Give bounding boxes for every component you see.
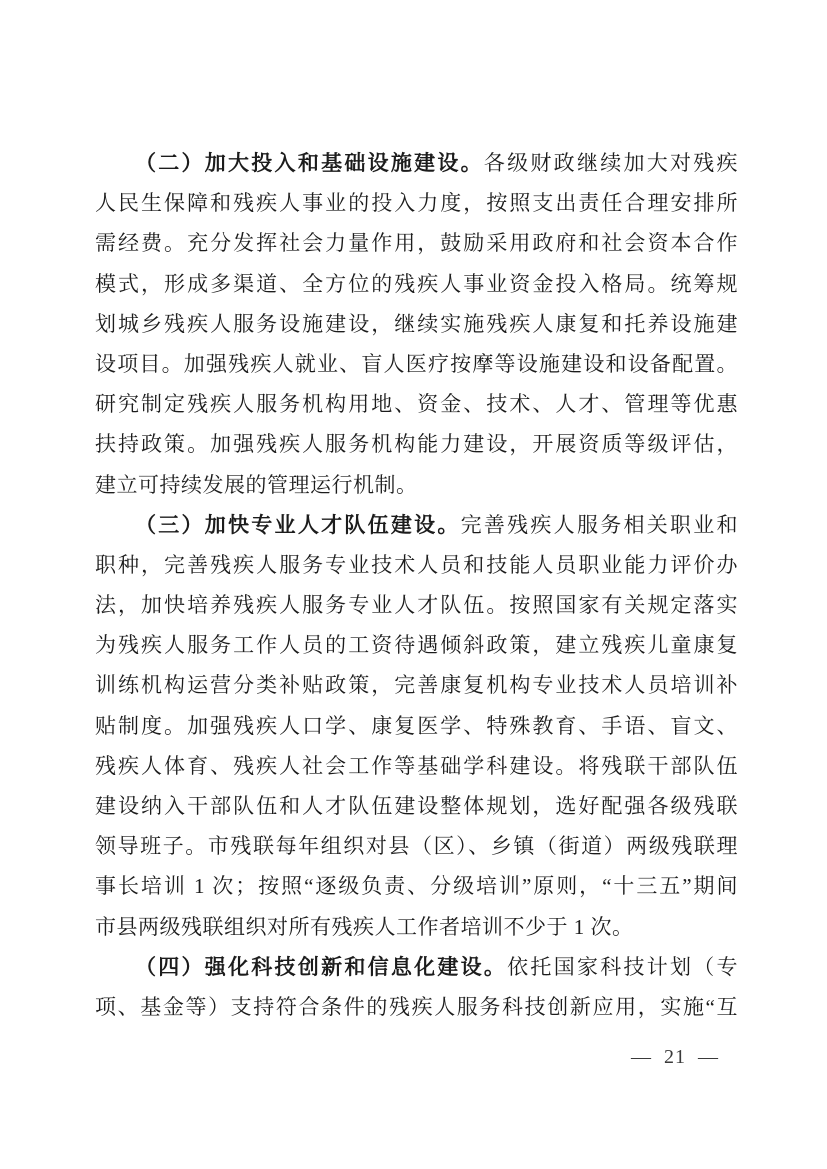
text-line: 建立可持续发展的管理运行机制。: [95, 465, 738, 505]
line-text: 依托国家科技计划（专: [507, 955, 738, 979]
document-page: （二）加大投入和基础设施建设。各级财政继续加大对残疾 人民生保障和残疾人事业的投…: [0, 0, 827, 1169]
text-line: 项、基金等）支持符合条件的残疾人服务科技创新应用，实施“互: [95, 987, 738, 1027]
line-text: 完善残疾人服务相关职业和: [461, 513, 738, 537]
paragraph-section-2: （二）加大投入和基础设施建设。各级财政继续加大对残疾 人民生保障和残疾人事业的投…: [95, 143, 738, 505]
text-line: 人民生保障和残疾人事业的投入力度，按照支出责任合理安排所: [95, 183, 738, 223]
text-line: 市县两级残联组织对所有残疾人工作者培训不少于 1 次。: [95, 907, 738, 947]
text-line: 模式，形成多渠道、全方位的残疾人事业资金投入格局。统筹规: [95, 264, 738, 304]
paragraph-section-3: （三）加快专业人才队伍建设。完善残疾人服务相关职业和 职种，完善残疾人服务专业技…: [95, 505, 738, 947]
text-line: 法，加快培养残疾人服务专业人才队伍。按照国家有关规定落实: [95, 585, 738, 625]
text-line: 职种，完善残疾人服务专业技术人员和技能人员职业能力评价办: [95, 545, 738, 585]
section-heading: （四）强化科技创新和信息化建设。: [135, 955, 507, 979]
text-line: 领导班子。市残联每年组织对县（区）、乡镇（街道）两级残联理: [95, 826, 738, 866]
text-line: （二）加大投入和基础设施建设。各级财政继续加大对残疾: [95, 143, 738, 183]
text-line: 贴制度。加强残疾人口学、康复医学、特殊教育、手语、盲文、: [95, 706, 738, 746]
text-line: 残疾人体育、残疾人社会工作等基础学科建设。将残联干部队伍: [95, 746, 738, 786]
section-heading: （二）加大投入和基础设施建设。: [135, 151, 484, 175]
text-line: 事长培训 1 次；按照“逐级负责、分级培训”原则，“十三五”期间: [95, 866, 738, 906]
text-line: （四）强化科技创新和信息化建设。依托国家科技计划（专: [95, 947, 738, 987]
text-line: 研究制定残疾人服务机构用地、资金、技术、人才、管理等优惠: [95, 384, 738, 424]
text-line: 需经费。充分发挥社会力量作用，鼓励采用政府和社会资本合作: [95, 223, 738, 263]
paragraph-section-4: （四）强化科技创新和信息化建设。依托国家科技计划（专 项、基金等）支持符合条件的…: [95, 947, 738, 1027]
text-line: 建设纳入干部队伍和人才队伍建设整体规划，选好配强各级残联: [95, 786, 738, 826]
section-heading: （三）加快专业人才队伍建设。: [135, 513, 461, 537]
text-line: 为残疾人服务工作人员的工资待遇倾斜政策，建立残疾儿童康复: [95, 625, 738, 665]
text-line: 划城乡残疾人服务设施建设，继续实施残疾人康复和托养设施建: [95, 304, 738, 344]
document-body: （二）加大投入和基础设施建设。各级财政继续加大对残疾 人民生保障和残疾人事业的投…: [95, 143, 738, 1027]
line-text: 各级财政继续加大对残疾: [484, 151, 738, 175]
text-line: 扶持政策。加强残疾人服务机构能力建设，开展资质等级评估，: [95, 424, 738, 464]
text-line: 训练机构运营分类补贴政策，完善康复机构专业技术人员培训补: [95, 665, 738, 705]
text-line: 设项目。加强残疾人就业、盲人医疗按摩等设施建设和设备配置。: [95, 344, 738, 384]
page-number: — 21 —: [631, 1045, 719, 1069]
text-line: （三）加快专业人才队伍建设。完善残疾人服务相关职业和: [95, 505, 738, 545]
